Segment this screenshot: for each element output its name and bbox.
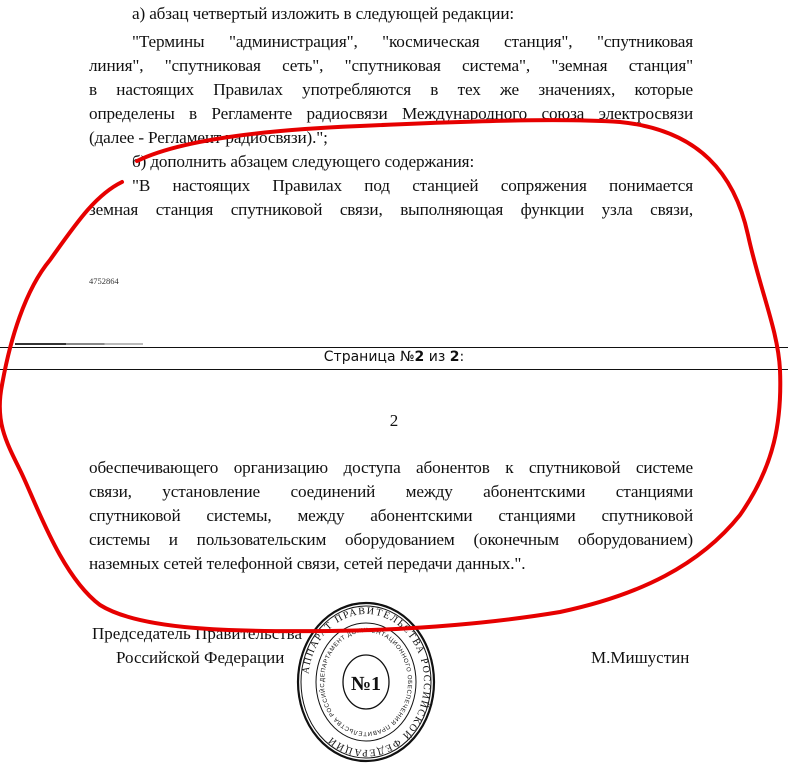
quoted-terms-line: линия", "спутниковая сеть", "спутниковая…: [89, 55, 693, 77]
quoted-terms-line: (далее - Регламент радиосвязи).";: [89, 127, 693, 149]
signatory-name: М.Мишустин: [591, 648, 689, 668]
signatory-title-line1: Председатель Правительства: [92, 624, 302, 644]
signatory-title-line2: Российской Федерации: [116, 648, 284, 668]
official-seal-stamp: АППАРАТ ПРАВИТЕЛЬСТВА РОССИЙСКОЙ ФЕДЕРАЦ…: [296, 601, 436, 763]
new-paragraph-line: "В настоящих Правилах под станцией сопря…: [132, 175, 693, 197]
continued-paragraph-line: спутниковой системы, между абонентскими …: [89, 505, 693, 527]
quoted-terms-line: определены в Регламенте радиосвязи Между…: [89, 103, 693, 125]
continued-paragraph-line: наземных сетей телефонной связи, сетей п…: [89, 553, 693, 575]
page-separator: Страница №2 из 2:: [0, 347, 788, 370]
paragraph-a-line: а) абзац четвертый изложить в следующей …: [132, 3, 514, 25]
page-suffix: :: [460, 349, 465, 365]
continued-paragraph-line: системы и пользовательским оборудованием…: [89, 529, 693, 551]
current-page: 2: [415, 349, 425, 365]
page-of: из: [424, 349, 449, 365]
continued-paragraph-line: связи, установление соединений между або…: [89, 481, 693, 503]
paragraph-b-line: б) дополнить абзацем следующего содержан…: [132, 151, 474, 173]
continued-paragraph-line: обеспечивающего организацию доступа абон…: [89, 457, 693, 479]
stamp-center-number: №1: [351, 673, 381, 695]
quoted-terms-line: "Термины "администрация", "космическая с…: [132, 31, 693, 53]
total-pages: 2: [450, 349, 460, 365]
page-number: 2: [0, 411, 788, 431]
page-label: Страница №: [324, 349, 415, 365]
scan-artifact: [15, 343, 143, 345]
quoted-terms-line: в настоящих Правилах употребляются в тех…: [89, 79, 693, 101]
document-id: 4752864: [89, 276, 119, 286]
new-paragraph-line: земная станция спутниковой связи, выполн…: [89, 199, 693, 221]
